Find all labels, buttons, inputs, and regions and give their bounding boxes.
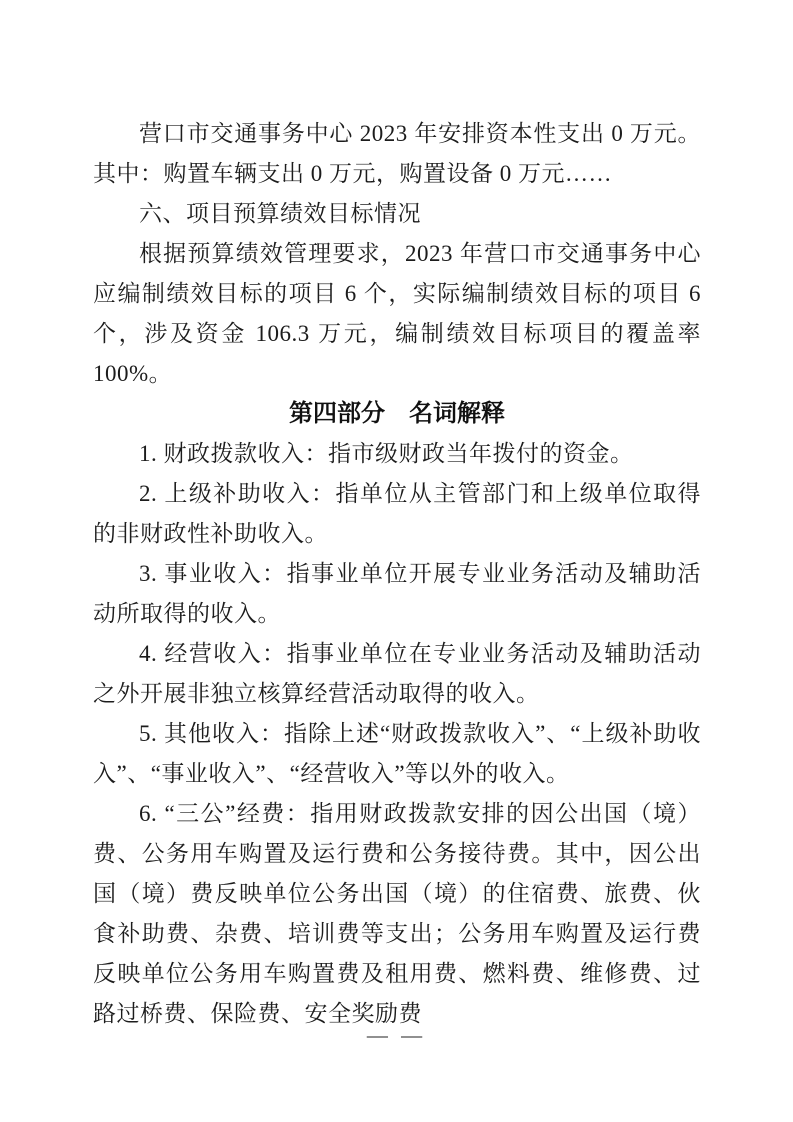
part-four-heading: 第四部分 名词解释 [93,394,701,434]
paragraph-performance-targets: 根据预算绩效管理要求，2023 年营口市交通事务中心应编制绩效目标的项目 6 个… [93,234,701,394]
term-definition-institution-income: 3. 事业收入：指事业单位开展专业业务活动及辅助活动所取得的收入。 [93,554,701,634]
document-body: 营口市交通事务中心 2023 年安排资本性支出 0 万元。其中：购置车辆支出 0… [93,114,701,1034]
term-definition-three-public-expenses: 6. “三公”经费：指用财政拨款安排的因公出国（境）费、公务用车购置及运行费和公… [93,794,701,1034]
term-definition-other-income: 5. 其他收入：指除上述“财政拨款收入”、“上级补助收入”、“事业收入”、“经营… [93,714,701,794]
page-number-marker: — — [0,1022,793,1048]
term-definition-operating-income: 4. 经营收入：指事业单位在专业业务活动及辅助活动之外开展非独立核算经营活动取得… [93,634,701,714]
term-definition-fiscal-appropriation-income: 1. 财政拨款收入：指市级财政当年拨付的资金。 [93,434,701,474]
term-definition-superior-subsidy-income: 2. 上级补助收入：指单位从主管部门和上级单位取得的非财政性补助收入。 [93,474,701,554]
document-page: 营口市交通事务中心 2023 年安排资本性支出 0 万元。其中：购置车辆支出 0… [0,0,793,1122]
paragraph-capital-expenditure: 营口市交通事务中心 2023 年安排资本性支出 0 万元。其中：购置车辆支出 0… [93,114,701,194]
section-heading-project-performance: 六、项目预算绩效目标情况 [93,194,701,234]
